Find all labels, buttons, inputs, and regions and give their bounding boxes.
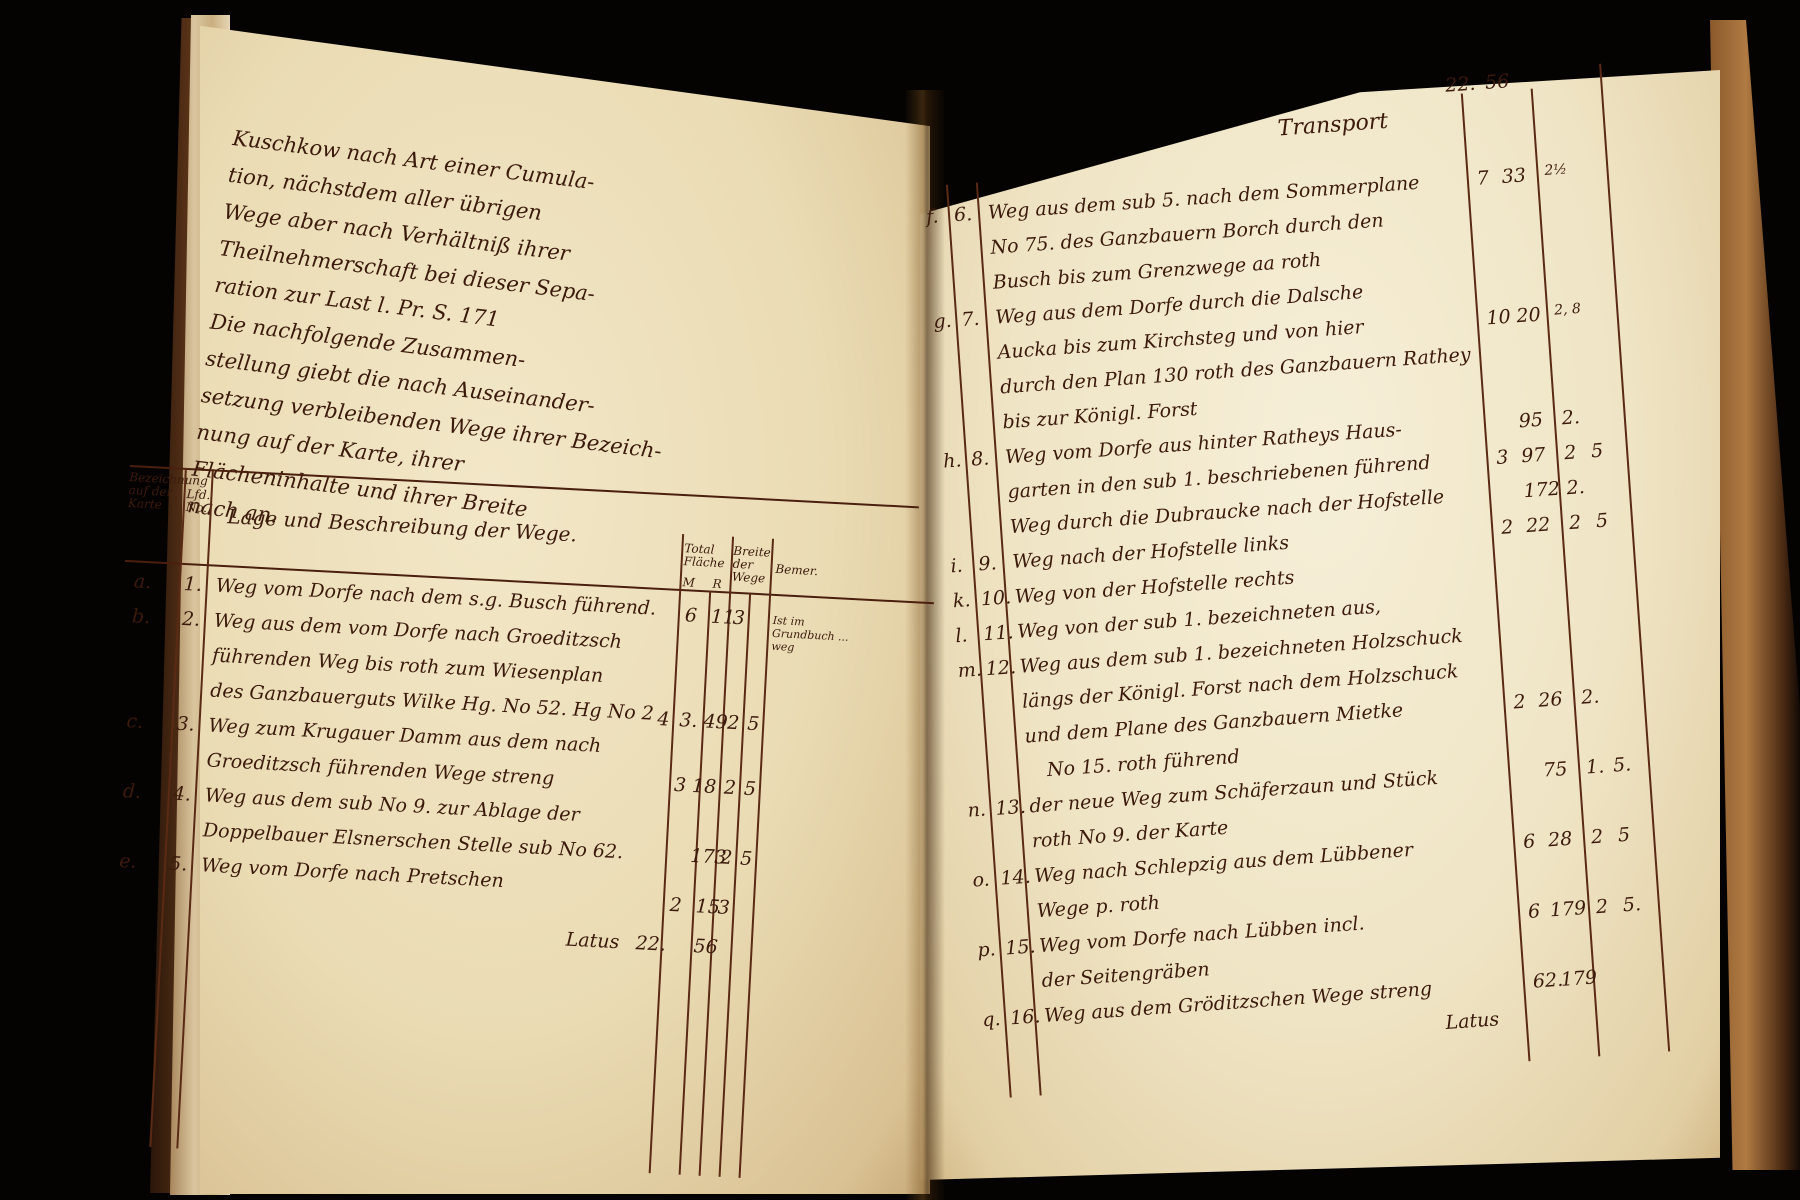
row-number: 13. [995, 796, 1027, 820]
width-f: 5 [1617, 824, 1631, 847]
right-ledger-table: Transport 22. 56 f. 6. Weg aus dem sub 5… [940, 51, 1708, 1097]
map-ref: g. [933, 310, 953, 333]
width-f: 5 [747, 713, 760, 736]
width-f: 5 [1595, 509, 1609, 532]
area-r: 75 [1542, 758, 1568, 782]
area-r: 95 [1518, 409, 1544, 433]
header-number: Lfd. No. [186, 488, 211, 515]
area-r: 26 [1538, 688, 1564, 712]
column-rule [679, 590, 711, 1174]
width-r: 2 [720, 846, 733, 869]
map-ref: m. [957, 658, 983, 682]
row-description: Weg aus dem sub No 9. zur Ablage der [204, 784, 580, 826]
latus-row: Latus 22. 56 [107, 904, 916, 946]
map-ref: e. [119, 850, 137, 873]
area-r: 33 [1501, 164, 1527, 188]
width-r: 1. [1585, 755, 1605, 778]
width-r: 2 [1595, 895, 1609, 918]
row-remark: Ist im Grundbuch ... weg [771, 614, 863, 658]
row-number: 11. [983, 621, 1015, 645]
latus-value-m: 62. [1532, 969, 1564, 993]
ledger-photograph: Kuschkow nach Art einer Cumula- tion, nä… [0, 0, 1800, 1200]
area-r: 28 [1547, 828, 1573, 852]
area-m: 2 [1500, 516, 1514, 539]
row-number: 15. [1005, 935, 1037, 959]
map-ref: o. [972, 868, 991, 891]
latus-label: Latus [1445, 1008, 1500, 1034]
area-m: 3 [1496, 446, 1510, 469]
area-m: 2 [1513, 691, 1527, 714]
width-r: 2 [1590, 826, 1604, 849]
row-number: 2. [181, 608, 200, 631]
map-ref: p. [977, 938, 997, 961]
transport-row: 22. 56 [941, 61, 1639, 110]
transport-value-m: 22. [1444, 73, 1476, 97]
transport-value-r: 56 [1484, 70, 1510, 94]
header-area-unit: M [682, 576, 695, 590]
book-cover-right [1710, 20, 1800, 1170]
width-r: 2. [1561, 406, 1581, 429]
area-r: 97 [1521, 444, 1547, 468]
header-map-ref: Bezeichnung auf der Karte [128, 471, 184, 513]
row-description: Wege p. roth [1036, 892, 1161, 923]
area-r: 20 [1516, 304, 1542, 328]
header-description: Lage und Beschreibung der Wege. [227, 510, 577, 541]
width-f: 5 [740, 847, 753, 870]
map-ref: a. [133, 570, 152, 593]
row-number: 3. [176, 713, 195, 736]
width-r: 2 [727, 712, 740, 735]
width-r: 2 [1568, 511, 1582, 534]
column-rule [719, 593, 751, 1177]
area-r: 179 [1549, 897, 1587, 921]
width-r: 3 [717, 896, 730, 919]
width-r: 2, 8 [1554, 301, 1582, 319]
row-description: Weg aus dem vom Dorfe nach Groeditzsch [213, 610, 622, 653]
row-description: roth No 9. der Karte [1031, 817, 1229, 853]
width-r: 2 [723, 777, 736, 800]
map-ref: q. [982, 1008, 1002, 1031]
width-f: 5 [1590, 440, 1604, 463]
row-description: führenden Weg bis roth zum Wiesenplan [212, 645, 604, 687]
map-ref: b. [132, 605, 151, 628]
column-rule [1461, 94, 1530, 1062]
row-number: 9. [978, 552, 998, 575]
map-ref: n. [967, 799, 987, 822]
area-m: 6 [684, 604, 697, 627]
area-m: 2 [669, 894, 682, 917]
width-f: 5. [1612, 753, 1632, 776]
area-r: 3. 49 [679, 709, 728, 734]
width-f: 5. [1622, 893, 1642, 916]
width-r: 2. [1566, 476, 1586, 499]
map-ref: f. [925, 205, 939, 228]
row-number: 14. [1000, 866, 1032, 890]
row-description: Weg vom Dorfe nach Pretschen [201, 854, 505, 892]
latus-value-m: 22. [635, 932, 666, 956]
row-number: 16. [1009, 1005, 1041, 1029]
map-ref: h. [942, 449, 962, 472]
header-width: Breite der Wege [732, 545, 772, 586]
row-description: bis zur Königl. Forst [1002, 398, 1198, 434]
map-ref: l. [955, 624, 969, 647]
left-ledger-table: Bezeichnung auf der Karte Lfd. No. Lage … [94, 465, 938, 1186]
latus-value-r: 56 [693, 935, 718, 958]
area-r: 3 18 [673, 774, 716, 798]
row-description: Groeditzsch führenden Wege streng [206, 749, 555, 789]
row-description: Weg nach der Hofstelle links [1012, 532, 1290, 573]
map-ref: d. [122, 780, 141, 803]
latus-value-r: 179 [1560, 966, 1598, 990]
area-m: 10 [1486, 306, 1512, 330]
row-number: 5. [169, 853, 188, 876]
header-remarks: Bemer. [775, 563, 818, 578]
row-number: 10. [980, 586, 1012, 610]
map-ref: c. [126, 710, 144, 733]
area-m: 6 [1527, 900, 1541, 923]
row-number: 7. [961, 308, 981, 331]
header-total-area: Total Fläche [683, 542, 730, 570]
row-description: No 15. roth führend [1046, 746, 1240, 781]
area-r: 172 [1523, 478, 1561, 502]
width-r: 2. [1580, 685, 1600, 708]
area-m: 6 [1522, 830, 1536, 853]
width-f: 5 [743, 778, 756, 801]
area-m: 4 [657, 708, 670, 731]
row-description: Weg zum Krugauer Damm aus dem nach [208, 714, 602, 757]
width-r: 2 [1563, 442, 1577, 465]
width-r: 3 [732, 607, 745, 630]
row-description: Weg vom Dorfe nach Lübben incl. [1038, 912, 1365, 957]
row-number: 8. [970, 447, 990, 470]
row-number: 1. [183, 573, 202, 596]
width-r: 2½ [1544, 161, 1568, 179]
row-description: Weg von der Hofstelle rechts [1014, 566, 1295, 607]
area-r: 22 [1525, 513, 1551, 537]
row-number: 12. [985, 656, 1017, 680]
row-number: 6. [953, 203, 973, 226]
area-m: 7 [1476, 167, 1490, 190]
transport-label: Transport [1277, 109, 1389, 142]
map-ref: i. [950, 555, 964, 578]
table-row: f. 6. Weg aus dem sub 5. nach dem Sommer… [947, 156, 1645, 205]
row-number: 4. [172, 783, 191, 806]
column-rule [649, 534, 684, 1173]
header-area-unit: R [712, 578, 722, 591]
column-rule [176, 469, 213, 1148]
map-ref: k. [952, 589, 971, 612]
row-description: der Seitengräben [1041, 958, 1210, 992]
latus-label: Latus [565, 928, 620, 953]
